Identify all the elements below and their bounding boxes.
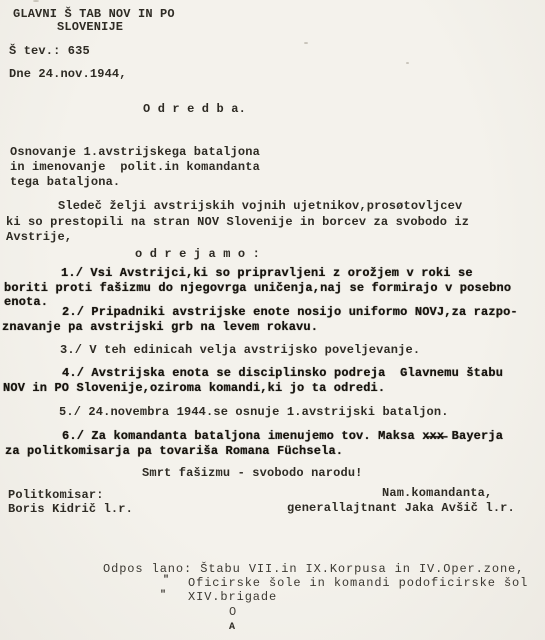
subject-line: tega bataljona. xyxy=(10,176,120,189)
distribution-line: XIV.brigade xyxy=(188,591,277,604)
decree-item-2-line: 2./ Pripadniki avstrijske enote nosijo u… xyxy=(62,306,518,319)
decree-item-5-line: 5./ 24.novembra 1944.se osnuje 1.avstrij… xyxy=(59,406,449,419)
distribution-line: Oficirske šole in komandi podoficirske š… xyxy=(188,577,528,590)
document-number: Š tev.: 635 xyxy=(9,45,90,58)
document-title: O d r e d b a. xyxy=(143,103,246,116)
preamble-line: Sledeč želji avstrijskih vojnih ujetniko… xyxy=(58,200,462,213)
signature-right-name: generallajtnant Jaka Avšič l.r. xyxy=(287,502,515,515)
slogan-line: Smrt fašizmu - svobodo narodu! xyxy=(142,467,363,480)
document-page: GLAVNI Š TAB NOV IN PO SLOVENIJE Š tev.:… xyxy=(0,0,545,640)
paper-speck xyxy=(304,42,308,44)
ditto-mark: " xyxy=(160,589,166,602)
signature-right-role: Nam.komandanta, xyxy=(382,487,492,500)
subject-line: in imenovanje polit.in komandanta xyxy=(10,161,260,174)
stray-character: A xyxy=(229,621,235,634)
decree-item-4-line: 4./ Avstrijska enota se disciplinsko pod… xyxy=(62,367,503,380)
decree-item-2-line: znavanje pa avstrijski grb na levem roka… xyxy=(2,321,318,334)
decree-item-6-line: 6./ Za komandanta bataljona imenujemo to… xyxy=(62,430,503,443)
document-date: Dne 24.nov.1944, xyxy=(9,68,127,81)
org-name-line2: SLOVENIJE xyxy=(57,21,123,34)
preamble-line: ki so prestopili na stran NOV Slovenije … xyxy=(6,216,469,229)
signature-left-role: Politkomisar: xyxy=(8,489,104,502)
decree-item-1-line: 1./ Vsi Avstrijci,ki so pripravljeni z o… xyxy=(61,267,473,280)
decree-item-4-line: NOV in PO Slovenije,oziroma komandi,ki j… xyxy=(3,382,385,395)
signature-left-name: Boris Kidrič l.r. xyxy=(8,503,133,516)
preamble-line: Avstrije, xyxy=(6,231,72,244)
decree-item-3-line: 3./ V teh edinicah velja avstrijsko pove… xyxy=(60,344,420,357)
stray-character: O xyxy=(229,606,236,619)
ditto-mark: " xyxy=(163,574,169,587)
decree-item-1-line: enota. xyxy=(4,296,48,309)
subject-line: Osnovanje 1.avstrijskega bataljona xyxy=(10,146,260,159)
paper-speck xyxy=(33,0,39,2)
decree-word: o d r e j a m o : xyxy=(135,248,260,261)
decree-item-1-line: boriti proti fašizmu do njegovrga uničen… xyxy=(4,282,511,295)
decree-item-6-line: za politkomisarja pa tovariša Romana Füc… xyxy=(5,445,343,458)
paper-speck xyxy=(406,62,409,64)
